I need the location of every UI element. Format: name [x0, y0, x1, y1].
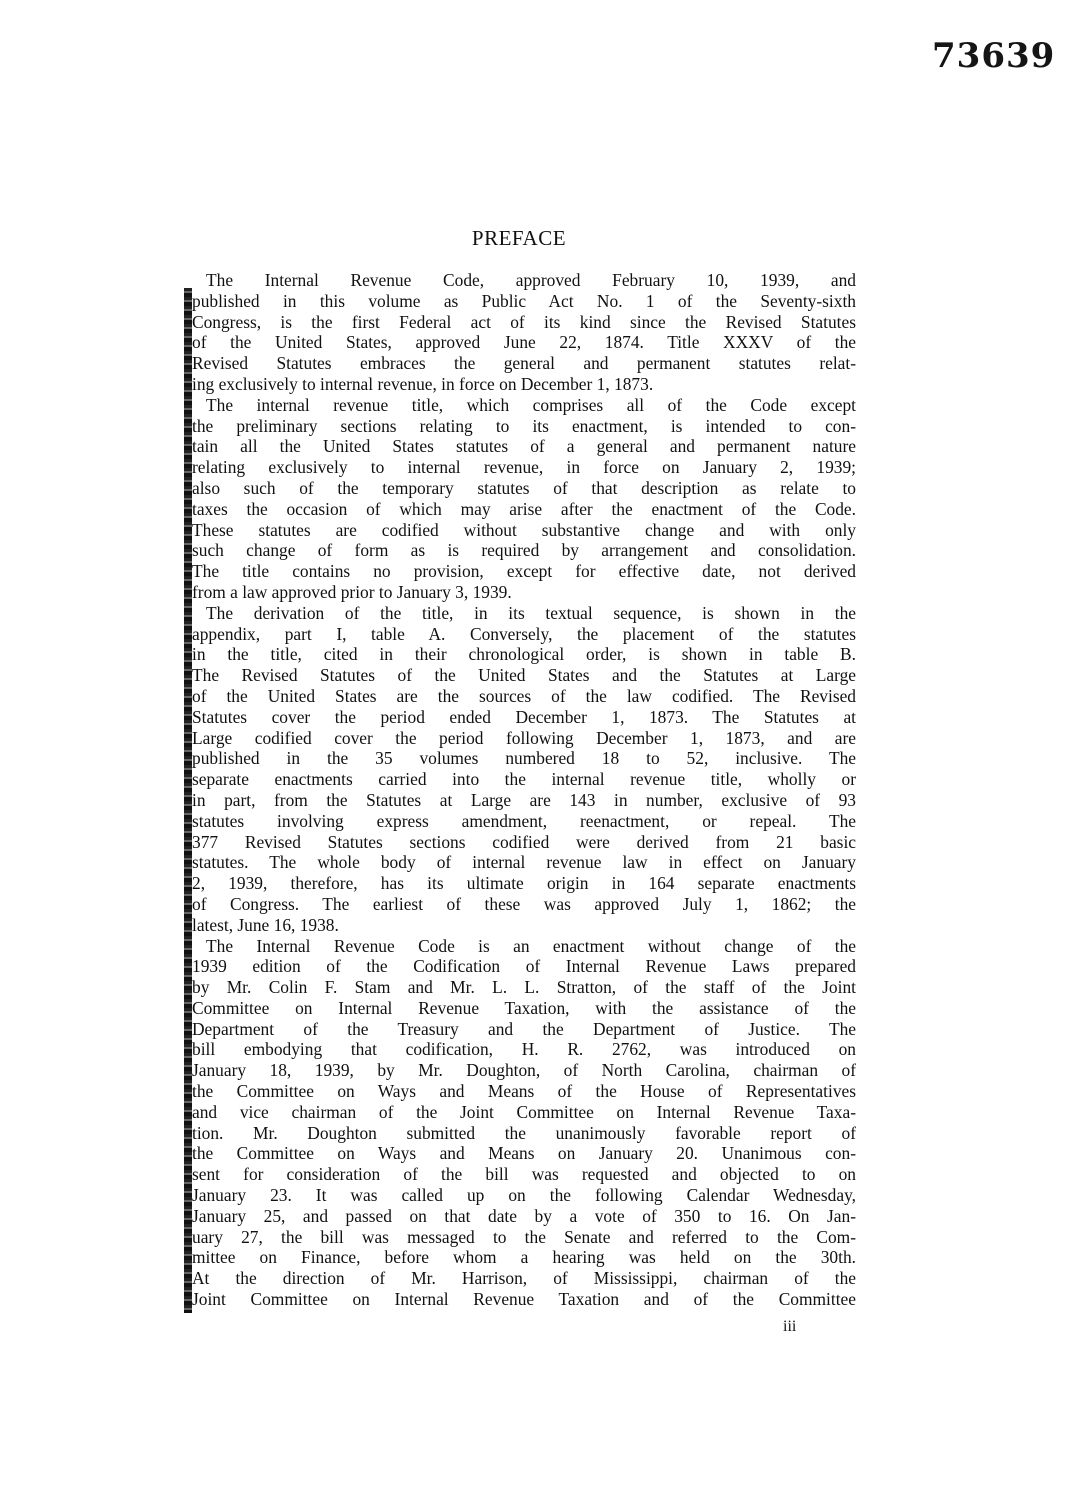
paragraph-2: The internal revenue title, which compri… — [186, 395, 856, 603]
text-line: in the title, cited in their chronologic… — [186, 644, 856, 665]
text-line: 1939 edition of the Codification of Inte… — [186, 956, 856, 977]
text-line: Large codified cover the period followin… — [186, 728, 856, 749]
text-line: tion. Mr. Doughton submitted the unanimo… — [186, 1123, 856, 1144]
paragraph-4: The Internal Revenue Code is an enactmen… — [186, 936, 856, 1310]
text-line: January 18, 1939, by Mr. Doughton, of No… — [186, 1060, 856, 1081]
text-line: mittee on Finance, before whom a hearing… — [186, 1247, 856, 1268]
text-line: also such of the temporary statutes of t… — [186, 478, 856, 499]
page-title: PREFACE — [0, 226, 1038, 251]
text-line: latest, June 16, 1938. — [186, 915, 856, 936]
text-line: The title contains no provision, except … — [186, 561, 856, 582]
text-line: tain all the United States statutes of a… — [186, 436, 856, 457]
text-line: the Committee on Ways and Means on Janua… — [186, 1143, 856, 1164]
text-line: the preliminary sections relating to its… — [186, 416, 856, 437]
preface-body: The Internal Revenue Code, approved Febr… — [186, 270, 856, 1310]
text-line: by Mr. Colin F. Stam and Mr. L. L. Strat… — [186, 977, 856, 998]
text-line: uary 27, the bill was messaged to the Se… — [186, 1227, 856, 1248]
text-line: Revised Statutes embraces the general an… — [186, 353, 856, 374]
page-number: iii — [783, 1318, 796, 1336]
text-line: The Revised Statutes of the United State… — [186, 665, 856, 686]
text-line: published in the 35 volumes numbered 18 … — [186, 748, 856, 769]
paragraph-1: The Internal Revenue Code, approved Febr… — [186, 270, 856, 395]
text-line: These statutes are codified without subs… — [186, 520, 856, 541]
paragraph-3: The derivation of the title, in its text… — [186, 603, 856, 936]
text-line: of Congress. The earliest of these was a… — [186, 894, 856, 915]
text-line: of the United States are the sources of … — [186, 686, 856, 707]
text-line: At the direction of Mr. Harrison, of Mis… — [186, 1268, 856, 1289]
text-line: appendix, part I, table A. Conversely, t… — [186, 624, 856, 645]
text-line: from a law approved prior to January 3, … — [186, 582, 856, 603]
text-line: Department of the Treasury and the Depar… — [186, 1019, 856, 1040]
text-line: in part, from the Statutes at Large are … — [186, 790, 856, 811]
text-line: published in this volume as Public Act N… — [186, 291, 856, 312]
text-line: such change of form as is required by ar… — [186, 540, 856, 561]
text-line: The internal revenue title, which compri… — [186, 395, 856, 416]
text-line: Joint Committee on Internal Revenue Taxa… — [186, 1289, 856, 1310]
text-line: the Committee on Ways and Means of the H… — [186, 1081, 856, 1102]
text-line: taxes the occasion of which may arise af… — [186, 499, 856, 520]
text-line: bill embodying that codification, H. R. … — [186, 1039, 856, 1060]
text-line: statutes. The whole body of internal rev… — [186, 852, 856, 873]
text-line: and vice chairman of the Joint Committee… — [186, 1102, 856, 1123]
text-line: sent for consideration of the bill was r… — [186, 1164, 856, 1185]
text-line: 2, 1939, therefore, has its ultimate ori… — [186, 873, 856, 894]
document-stamp-number: 73639 — [932, 36, 1055, 76]
text-line: Congress, is the first Federal act of it… — [186, 312, 856, 333]
text-line: Committee on Internal Revenue Taxation, … — [186, 998, 856, 1019]
text-line: of the United States, approved June 22, … — [186, 332, 856, 353]
text-line: The Internal Revenue Code, approved Febr… — [186, 270, 856, 291]
text-line: statutes involving express amendment, re… — [186, 811, 856, 832]
text-line: relating exclusively to internal revenue… — [186, 457, 856, 478]
text-line: The derivation of the title, in its text… — [186, 603, 856, 624]
text-line: 377 Revised Statutes sections codified w… — [186, 832, 856, 853]
text-line: January 25, and passed on that date by a… — [186, 1206, 856, 1227]
text-line: Statutes cover the period ended December… — [186, 707, 856, 728]
text-line: ing exclusively to internal revenue, in … — [186, 374, 856, 395]
text-line: January 23. It was called up on the foll… — [186, 1185, 856, 1206]
text-line: separate enactments carried into the int… — [186, 769, 856, 790]
text-line: The Internal Revenue Code is an enactmen… — [186, 936, 856, 957]
